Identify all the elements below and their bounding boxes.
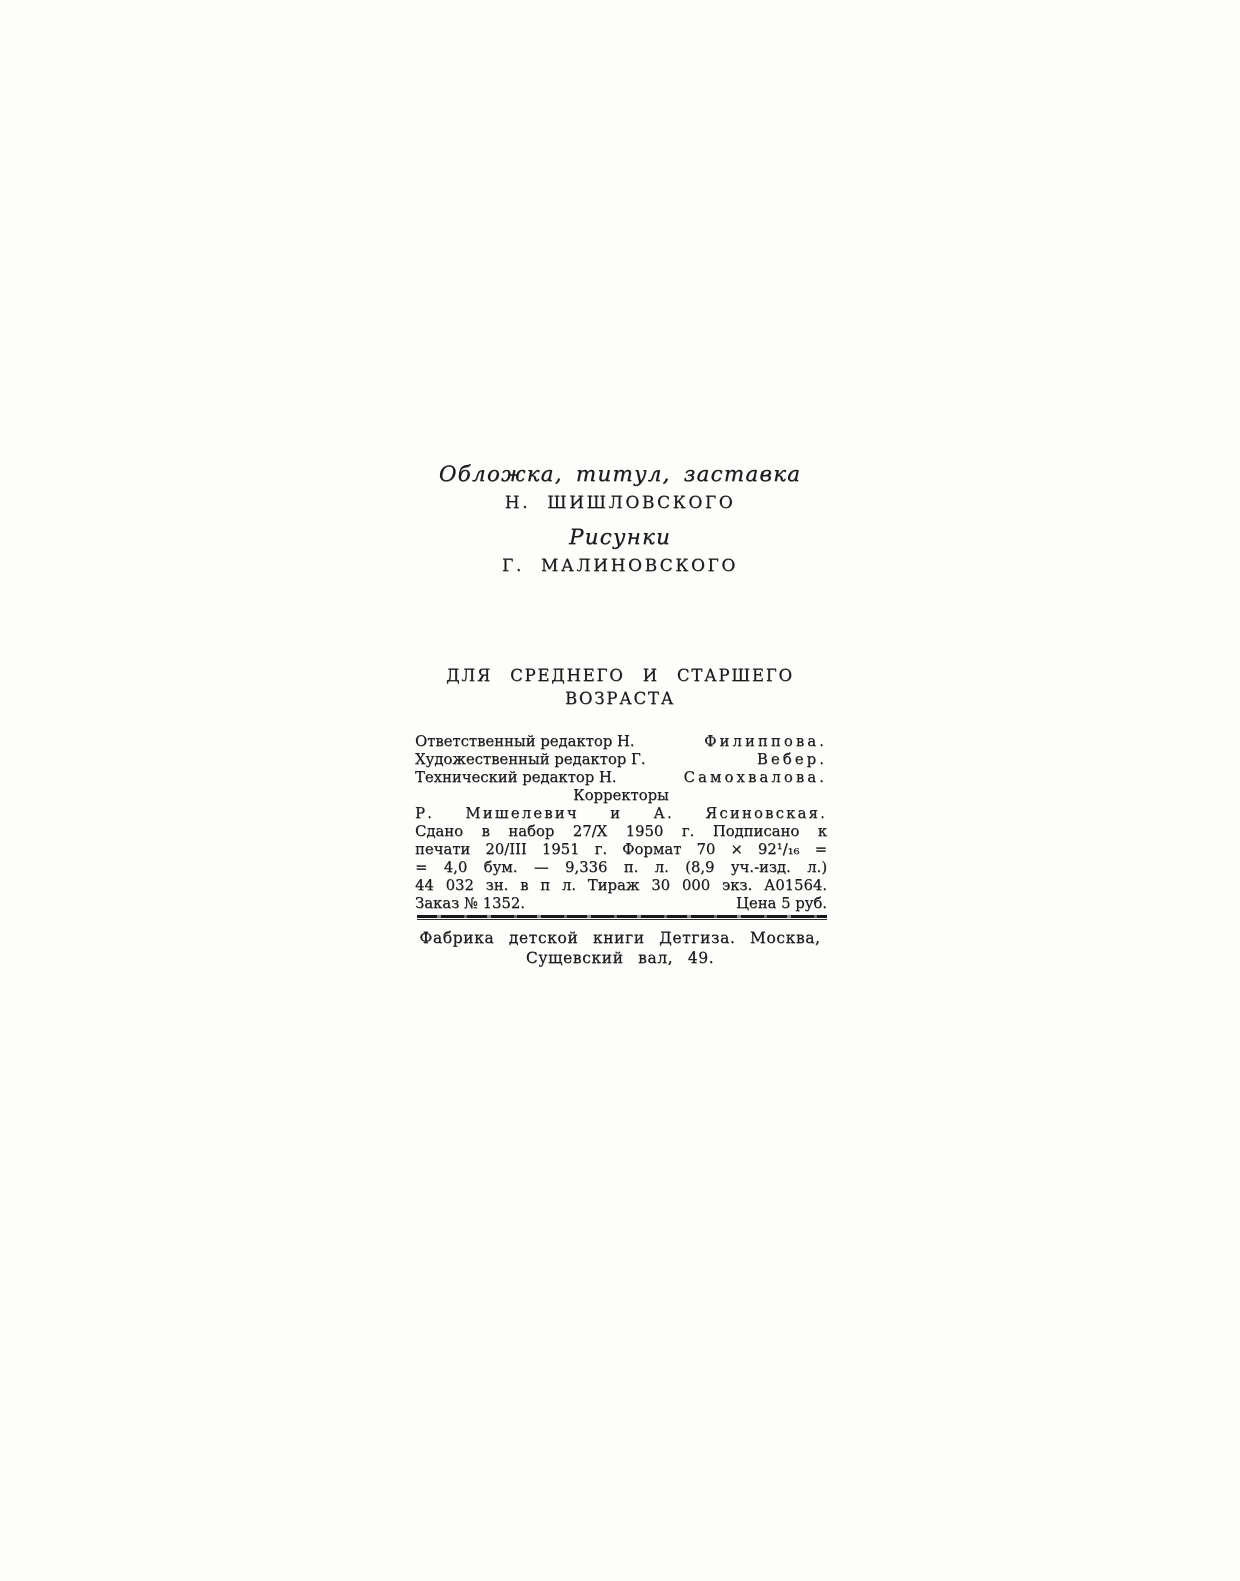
audience-note: ДЛЯ СРЕДНЕГО И СТАРШЕГО ВОЗРАСТА (0, 665, 1240, 710)
print-info-line-1: Сдано в набор 27/X 1950 г. Подписано к (415, 823, 827, 841)
imprint-block: Ответственный редактор Н. Филиппова. Худ… (415, 733, 827, 913)
imprint-divider-rule (417, 915, 827, 921)
publisher-address: Фабрика детской книги Детгиза. Москва, С… (0, 929, 1240, 968)
divider-heavy-line (417, 915, 827, 918)
publisher-line-2: Сущевский вал, 49. (0, 949, 1240, 969)
order-price-line: Заказ № 1352. Цена 5 руб. (415, 895, 827, 913)
order-number: Заказ № 1352. (415, 895, 525, 913)
cover-credit-title: Обложка, титул, заставка (0, 462, 1240, 488)
responsible-editor-name: Филиппова. (704, 733, 827, 751)
drawings-credit-name: Г. МАЛИНОВСКОГО (0, 555, 1240, 577)
colophon-page: Обложка, титул, заставка Н. ШИШЛОВСКОГО … (0, 0, 1240, 1581)
print-info-line-4: 44 032 зн. в п л. Тираж 30 000 экз. А015… (415, 877, 827, 895)
tech-editor-name: Самохвалова. (684, 769, 827, 787)
responsible-editor-label: Ответственный редактор Н. (415, 733, 635, 751)
art-editor-name: Вебер. (757, 751, 827, 769)
audience-line-1: ДЛЯ СРЕДНЕГО И СТАРШЕГО (0, 665, 1240, 688)
publisher-line-1: Фабрика детской книги Детгиза. Москва, (0, 929, 1240, 949)
art-editor-label: Художественный редактор Г. (415, 751, 645, 769)
audience-line-2: ВОЗРАСТА (0, 688, 1240, 711)
price: Цена 5 руб. (736, 895, 827, 913)
tech-editor-label: Технический редактор Н. (415, 769, 617, 787)
art-editor-line: Художественный редактор Г. Вебер. (415, 751, 827, 769)
cover-credit-name: Н. ШИШЛОВСКОГО (0, 492, 1240, 514)
drawings-credit-title: Рисунки (0, 525, 1240, 551)
print-info-line-2: печати 20/III 1951 г. Формат 70 × 92¹/₁₆… (415, 841, 827, 859)
print-info-line-3: = 4,0 бум. — 9,336 п. л. (8,9 уч.-изд. л… (415, 859, 827, 877)
divider-thin-line (417, 919, 827, 920)
credits-block: Обложка, титул, заставка Н. ШИШЛОВСКОГО … (0, 462, 1240, 577)
proofreaders-names: Р. Мишелевич и А. Ясиновская. (415, 805, 827, 823)
proofreaders-title: Корректоры (415, 787, 827, 805)
tech-editor-line: Технический редактор Н. Самохвалова. (415, 769, 827, 787)
responsible-editor-line: Ответственный редактор Н. Филиппова. (415, 733, 827, 751)
